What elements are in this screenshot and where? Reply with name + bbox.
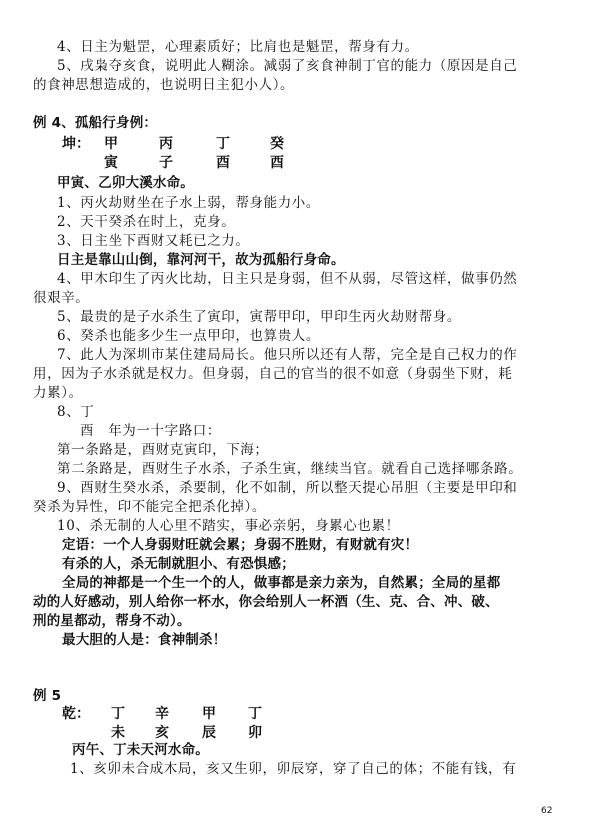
example4-line: 全局的神都是一个生一个的人，做事都是亲力亲为，自然累；全局的星都 (62, 574, 500, 592)
example4-line: 3、日主坐下酉财又耗已之力。 (57, 232, 250, 250)
example4-line: 有杀的人，杀无制就胆小、有恐惧感； (62, 555, 295, 573)
example4-line: 2、天干癸杀在时上，克身。 (57, 213, 235, 231)
example5-branch-4: 卯 (248, 722, 262, 742)
example4-line: 1、丙火劫财坐在子水上弱，帮身能力小。 (57, 194, 320, 212)
example4-branch-2: 子 (159, 152, 173, 172)
example5-line: 1、亥卯未合成木局，亥又生卯，卯辰穿，穿了自己的体；不能有钱，有 (70, 760, 516, 778)
example4-branch-3: 酉 (216, 152, 230, 172)
example4-line: 酉 年为一十字路口： (80, 422, 221, 440)
example4-line: 用，因为子水杀就是权力。但身弱，自己的官当的很不如意（身弱坐下财，耗 (33, 365, 512, 383)
example4-stem-2: 丙 (159, 133, 173, 153)
intro-line: 4、日主为魁罡，心理素质好；比肩也是魁罡，帮身有力。 (57, 38, 419, 56)
example4-line: 定语：一个人身弱财旺就会累；身弱不胜财，有财就有灾！ (62, 536, 418, 554)
example4-stem-3: 丁 (216, 133, 230, 153)
example4-line: 6、癸杀也能多少生一点甲印，也算贵人。 (57, 327, 320, 345)
example4-line: 最大胆的人是：食神制杀！ (62, 631, 226, 649)
intro-line: 5、戌枭夺亥食，说明此人糊涂。减弱了亥食神制丁官的能力（原因是自己 (57, 57, 517, 75)
example4-branch-4: 酉 (270, 152, 284, 172)
example4-line: 10、杀无制的人心里不踏实，事必亲躬，身累心也累！ (57, 517, 400, 535)
example5-title: 例 5 (33, 687, 61, 705)
example4-branch-1: 寅 (104, 152, 118, 172)
example5-gender-label: 乾： (62, 703, 90, 723)
example4-line: 8、丁 (57, 403, 94, 421)
example4-line: 很艰辛。 (33, 289, 89, 307)
example4-line: 7、此人为深圳市某住建局局长。他只所以还有人帮，完全是自己权力的作 (57, 346, 517, 364)
example4-line: 4、甲木印生了丙火比劫，日主只是身弱，但不从弱，尽管这样，做事仍然 (57, 270, 517, 288)
example4-title: 例 4、孤船行身例： (33, 114, 157, 132)
example5-branch-2: 亥 (155, 722, 169, 742)
example4-line: 癸杀为异性，印不能完全把杀化掉）。 (33, 498, 266, 516)
example4-line: 动的人好感动，别人给你一杯水，你会给别人一杯酒（生、克、合、冲、破、 (33, 593, 499, 611)
example4-line: 日主是靠山山倒，靠河河干，故为孤船行身命。 (57, 251, 345, 269)
example5-stem-1: 丁 (111, 703, 125, 723)
example4-line: 第一条路是，酉财克寅印，下海； (57, 441, 269, 459)
example4-line: 力累）。 (33, 384, 83, 402)
page-number: 62 (541, 806, 552, 816)
example4-gender-label: 坤： (62, 133, 90, 153)
example4-line: 刑的星都动，帮身不动）。 (33, 612, 191, 630)
example5-stem-2: 辛 (155, 703, 169, 723)
example4-stem-4: 癸 (270, 133, 284, 153)
example4-line: 5、最贵的是子水杀生了寅印，寅帮甲印，甲印生丙火劫财帮身。 (57, 308, 461, 326)
intro-line: 的食神思想造成的，也说明日主犯小人）。 (33, 76, 294, 94)
example5-stem-3: 甲 (202, 703, 216, 723)
example4-line: 第二条路是，酉财生子水杀，子杀生寅，继续当官。就看自己选择哪条路。 (57, 460, 522, 478)
example4-nayin: 甲寅、乙卯大溪水命。 (57, 174, 194, 192)
example5-nayin: 丙午、丁未天河水命。 (72, 741, 209, 759)
example5-branch-1: 未 (111, 722, 125, 742)
example4-line: 9、酉财生癸水杀，杀要制，化不如制，所以整天提心吊胆（主要是甲印和 (57, 479, 517, 497)
example5-branch-3: 辰 (202, 722, 216, 742)
example5-stem-4: 丁 (248, 703, 262, 723)
example4-stem-1: 甲 (104, 133, 118, 153)
